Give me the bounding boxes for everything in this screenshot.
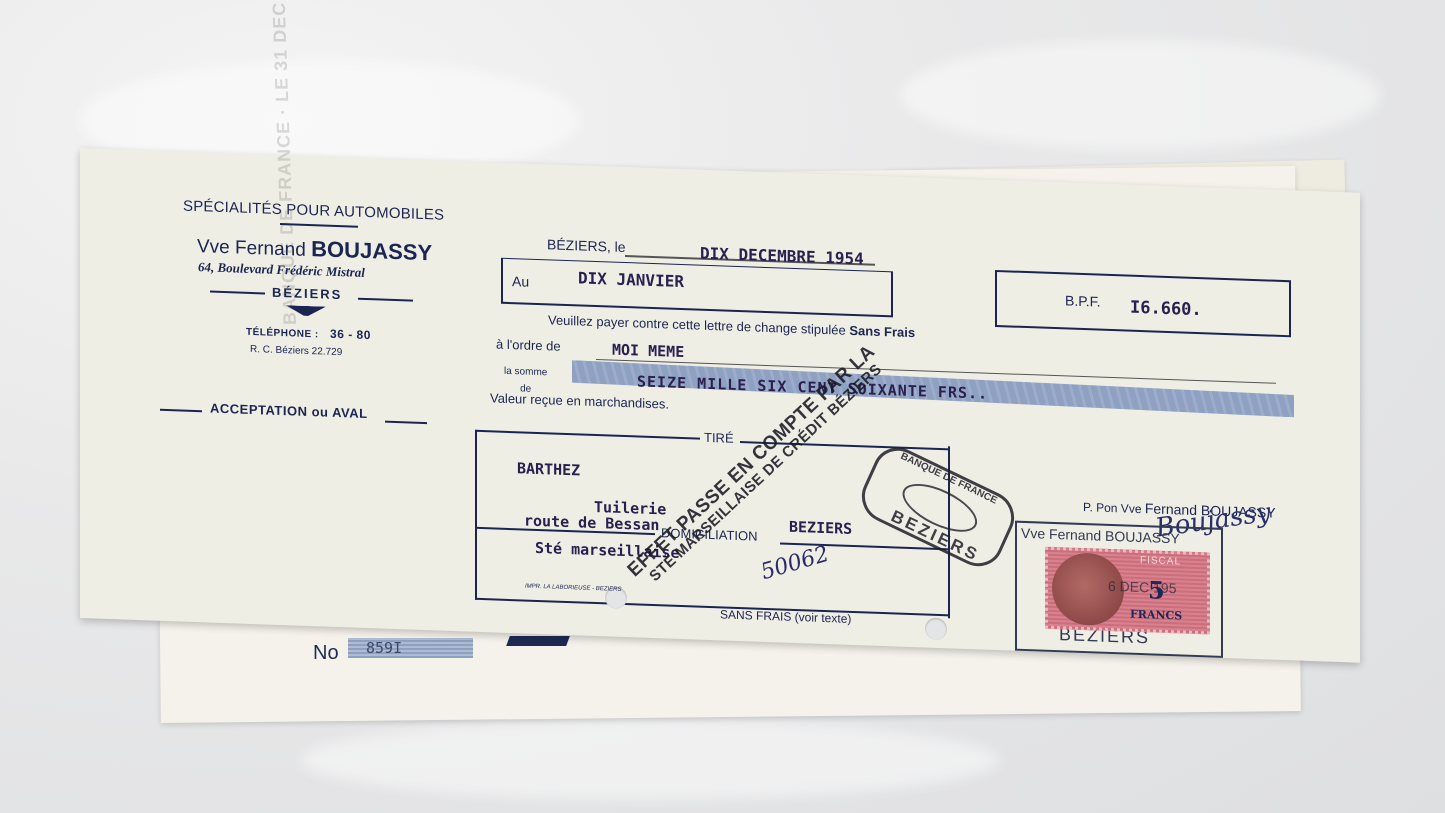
owner-first: Fernand [235, 237, 306, 260]
owner-last: BOUJASSY [311, 236, 432, 265]
tissue-fold [300, 720, 1000, 800]
signature-prefix: P. Pon Vve [1083, 500, 1142, 516]
drawee-label: TIRÉ [704, 430, 734, 446]
value-received: Valeur reçue en marchandises. [490, 390, 669, 411]
divider [210, 291, 265, 294]
fiscal-stamp: FISCAL 6 DEC 195 5 FRANCS [1045, 547, 1210, 635]
amount-value: I6.660. [1130, 298, 1202, 321]
instruction-main: Veuillez payer contre cette lettre de ch… [548, 312, 846, 337]
order-label: à l'ordre de [496, 337, 561, 354]
bill-of-exchange: BANQUE DE FRANCE · LE 31 DEC 1954 SPÉCIA… [80, 148, 1360, 663]
phone-label: TÉLÉPHONE : [246, 327, 319, 341]
acceptation-label: ACCEPTATION ou AVAL [210, 401, 368, 422]
number-value: 859I [348, 638, 473, 658]
underlying-number-area: No 859I [158, 630, 878, 720]
owner-prefix: Vve [197, 236, 230, 258]
phone-number: 36 - 80 [330, 327, 371, 342]
order-value: MOI MEME [612, 341, 684, 362]
amount-label: B.P.F. [1065, 292, 1101, 309]
divider [385, 421, 427, 424]
letterhead-city: BÉZIERS [272, 285, 342, 302]
divider [160, 409, 202, 412]
divider [358, 298, 413, 301]
due-value: DIX JANVIER [578, 268, 684, 291]
fiscal-unit: FRANCS [1130, 608, 1182, 623]
instruction-text: Veuillez payer contre cette lettre de ch… [548, 312, 915, 340]
date-label: BÉZIERS, le [547, 236, 626, 255]
letterhead-rc: R. C. Béziers 22.729 [250, 344, 342, 358]
letterhead-phone: TÉLÉPHONE : 36 - 80 [246, 324, 371, 342]
drawee-city: BEZIERS [789, 518, 852, 538]
punch-hole [925, 618, 947, 641]
decorative-bar [506, 636, 570, 646]
fiscal-value: 5 [1148, 575, 1165, 605]
drawee-name: BARTHEZ [517, 459, 580, 479]
letterhead-tagline: SPÉCIALITÉS POUR AUTOMOBILES [183, 198, 444, 224]
tissue-fold [900, 40, 1380, 150]
sum-label-line1: la somme [504, 363, 547, 382]
fiscal-postmark: 6 DEC 195 [1108, 578, 1176, 596]
number-label: No [313, 642, 339, 665]
due-label: Au [512, 273, 529, 290]
fiscal-label: FISCAL [1140, 555, 1181, 567]
frame-header: Vve Fernand BOUJASSY [1021, 525, 1180, 547]
